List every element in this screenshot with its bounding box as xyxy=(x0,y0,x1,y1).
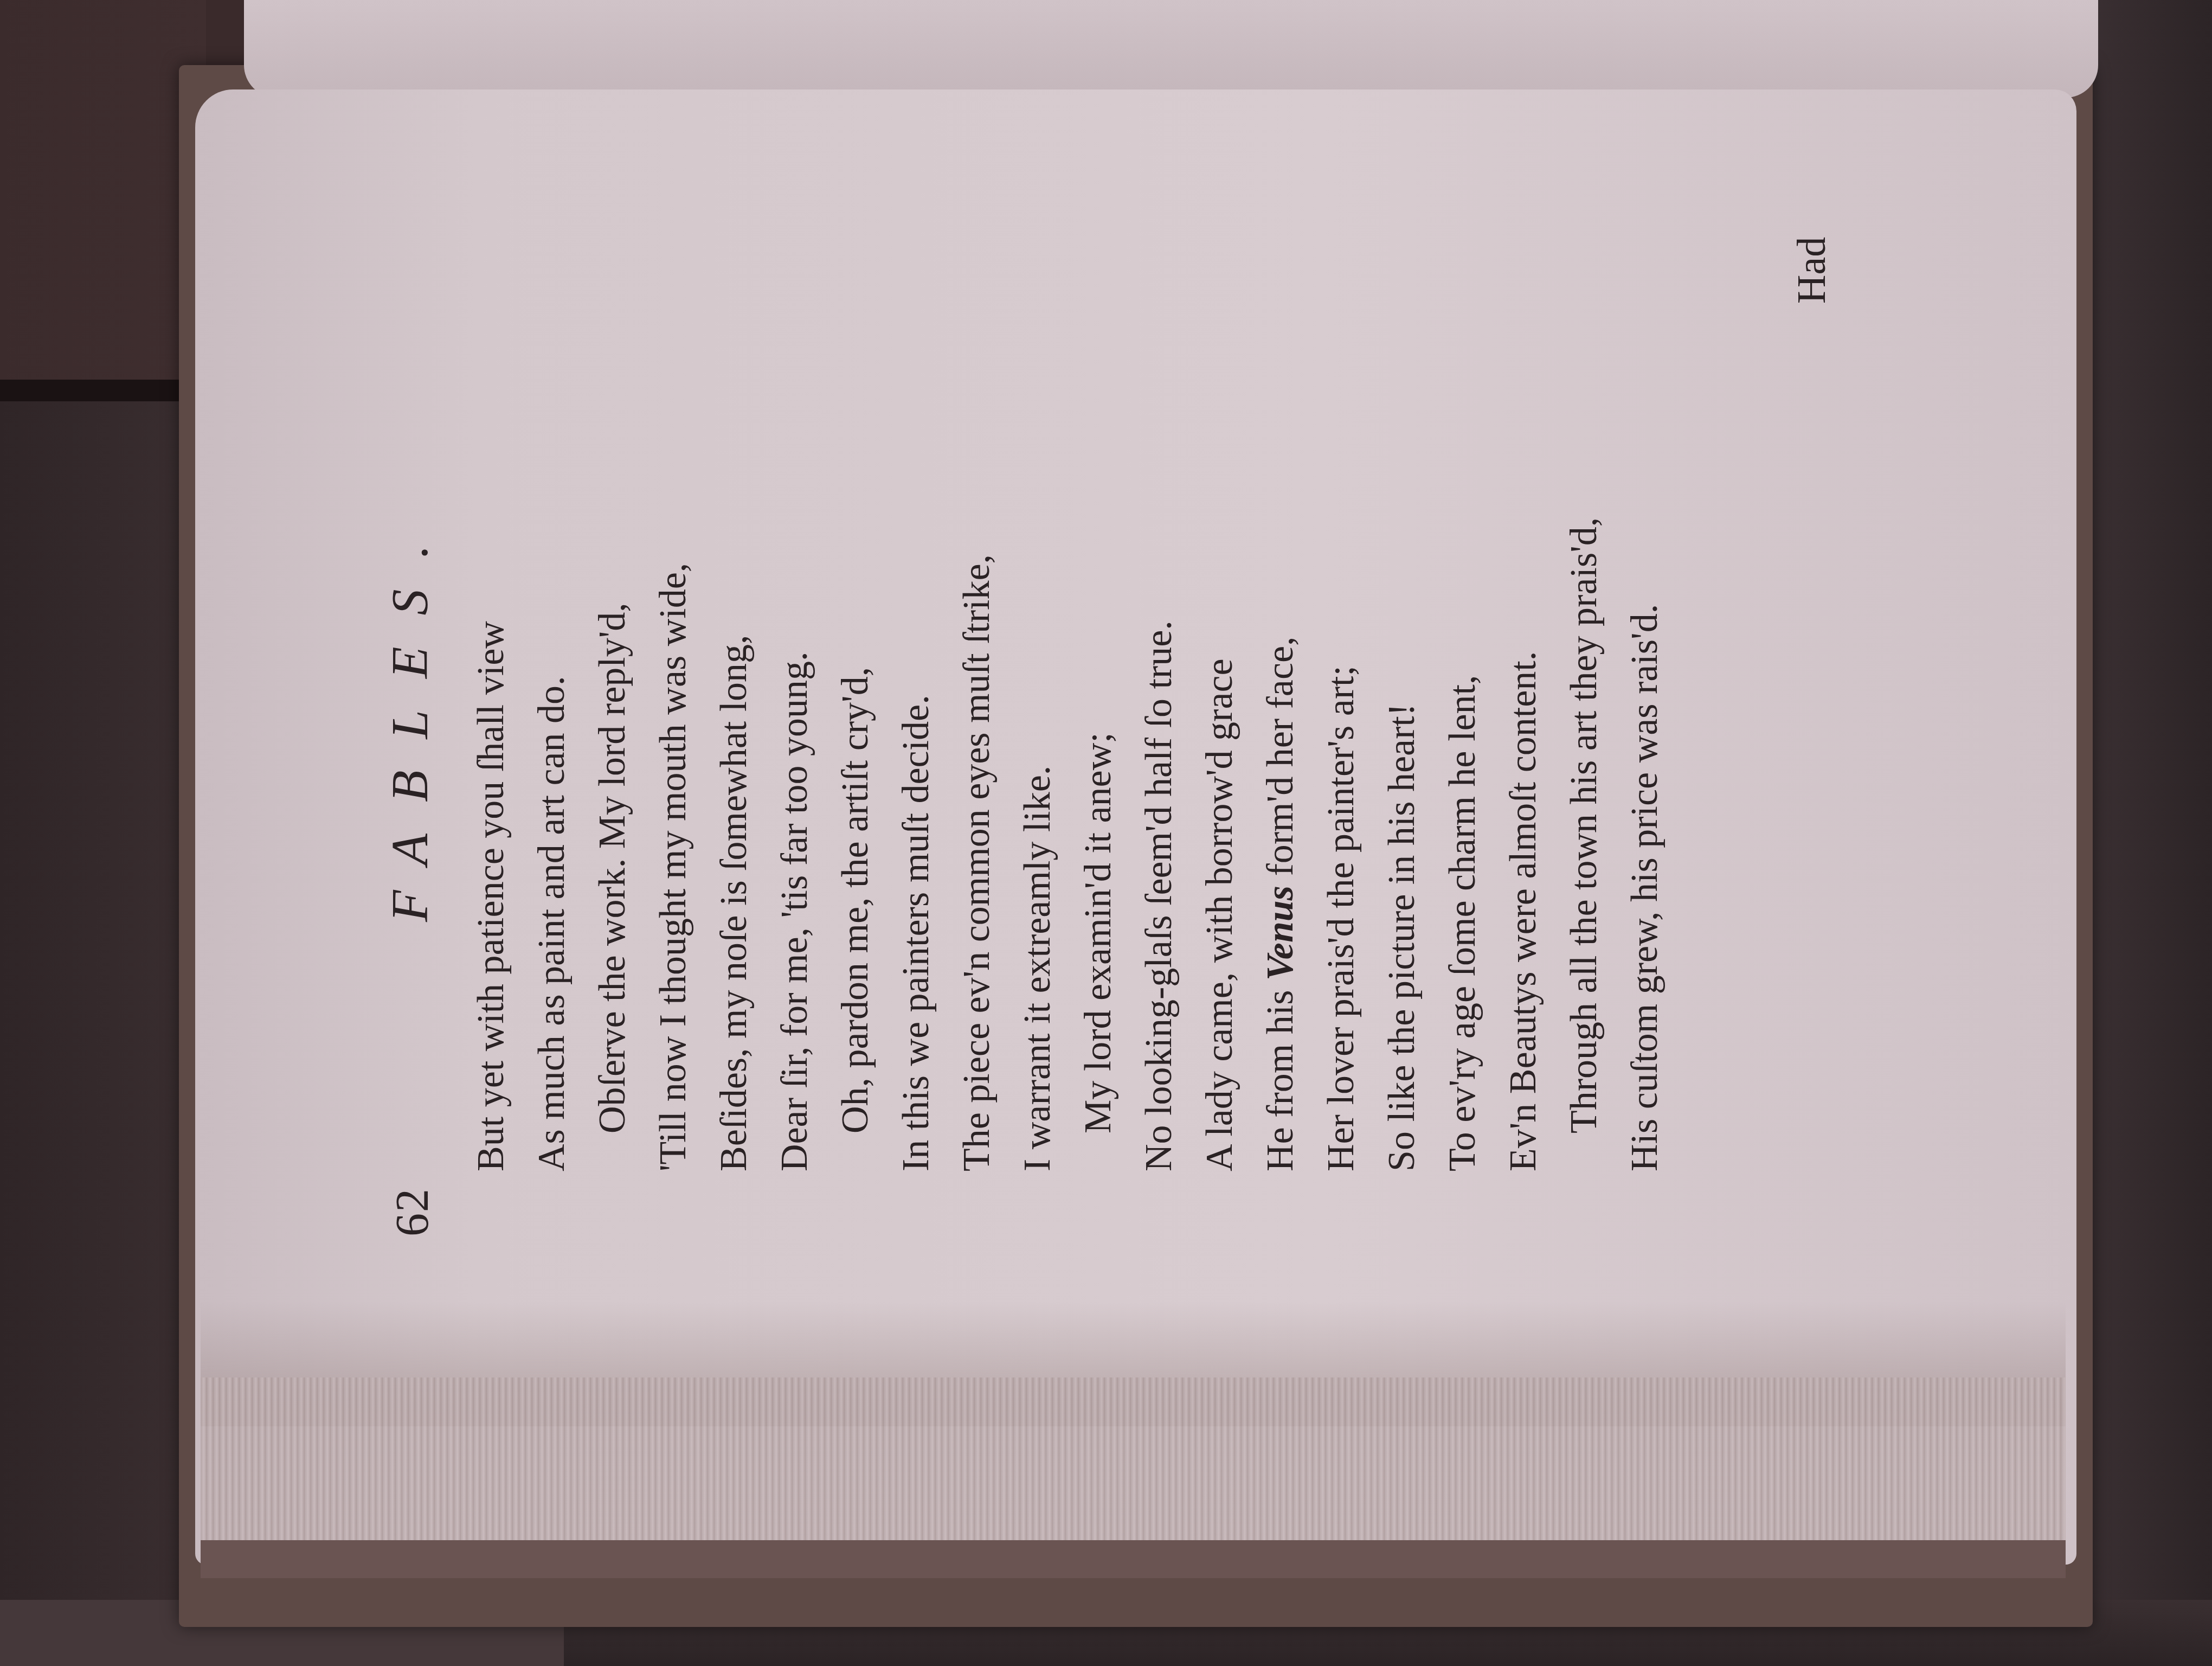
verse-line: Oh, pardon me, the artiſt cry'd, xyxy=(825,141,886,1171)
background-shelf xyxy=(0,0,206,380)
verse-line: A lady came, with borrow'd grace xyxy=(1189,141,1250,1171)
verse-line: 'Till now I thought my mouth was wide, xyxy=(643,141,704,1171)
verse-line: But yet with patience you ſhall view xyxy=(461,141,522,1171)
catchword: Had xyxy=(1789,237,1835,304)
running-head: FABLES. xyxy=(380,513,440,922)
verse-line: So like the picture in his heart! xyxy=(1372,141,1432,1171)
background-shelf-edge xyxy=(0,380,206,401)
verse-line: I warrant it extreamly like. xyxy=(1007,141,1068,1171)
verse-line: My lord examin'd it anew; xyxy=(1068,141,1129,1171)
verse-line: Obſerve the work. My lord reply'd, xyxy=(582,141,643,1171)
verse-line: Dear ſir, for me, 'tis far too young. xyxy=(764,141,825,1171)
verse-line: Beſides, my noſe is ſomewhat long, xyxy=(704,141,764,1171)
italic-name: Venus xyxy=(1259,886,1301,981)
verse-line: To ev'ry age ſome charm he lent, xyxy=(1432,141,1493,1171)
background-wall xyxy=(0,401,206,1666)
verse-line: Ev'n Beautys were almoſt content. xyxy=(1493,141,1554,1171)
verse-line: In this we painters muſt decide. xyxy=(886,141,947,1171)
verse-line: The piece ev'n common eyes muſt ſtrike, xyxy=(947,141,1007,1171)
verse-line: Through all the town his art they prais'… xyxy=(1554,141,1615,1171)
verse-line: His cuſtom grew, his price was rais'd. xyxy=(1615,141,1675,1171)
verse-block: But yet with patience you ſhall view As … xyxy=(461,141,1675,1171)
verse-line: As much as paint and art can do. xyxy=(522,141,582,1171)
page-content: 62 FABLES. But yet with patience you ſha… xyxy=(206,92,2076,1600)
verse-text: He from his xyxy=(1259,981,1301,1171)
page-number: 62 xyxy=(385,1188,439,1236)
verse-line: No looking-glaſs ſeem'd half ſo true. xyxy=(1129,141,1189,1171)
verse-line: Her lover prais'd the painter's art; xyxy=(1311,141,1372,1171)
verse-line: He from his Venus form'd her face, xyxy=(1250,141,1311,1171)
verse-text: form'd her face, xyxy=(1259,636,1301,886)
facing-page-edge xyxy=(244,0,2098,98)
